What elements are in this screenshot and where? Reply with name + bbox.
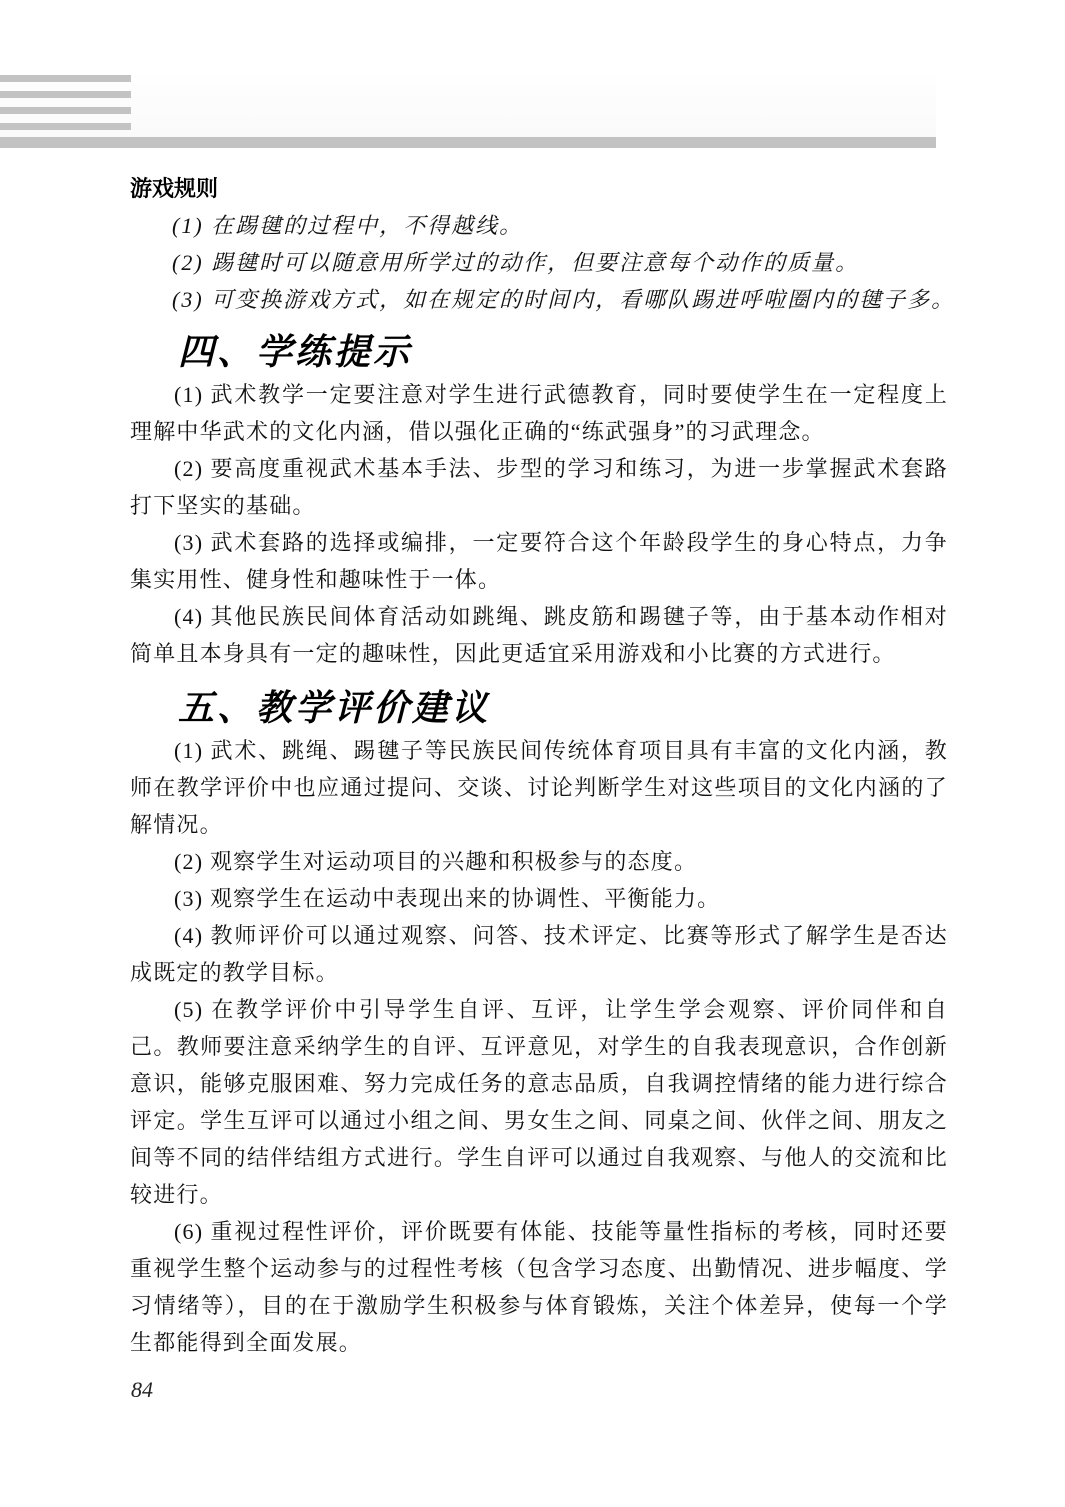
paragraph: (5) 在教学评价中引导学生自评、互评，让学生学会观察、评价同伴和自己。教师要注… [130, 991, 948, 1213]
paragraph: (3) 武术套路的选择或编排，一定要符合这个年龄段学生的身心特点，力争集实用性、… [130, 524, 948, 598]
section-body-study-practice-tips: (1) 武术教学一定要注意对学生进行武德教育，同时要使学生在一定程度上理解中华武… [130, 376, 948, 672]
rules-heading: 游戏规则 [130, 170, 948, 207]
page-number: 84 [131, 1377, 153, 1403]
section-heading-study-practice-tips: 四、学练提示 [178, 328, 948, 376]
header-stripe-3 [0, 107, 131, 114]
paragraph: (2) 要高度重视武术基本手法、步型的学习和练习，为进一步掌握武术套路打下坚实的… [130, 450, 948, 524]
rule-item-2: (2) 踢毽时可以随意用所学过的动作，但要注意每个动作的质量。 [130, 244, 948, 281]
header-stripe-2 [0, 91, 131, 98]
paragraph: (4) 其他民族民间体育活动如跳绳、跳皮筋和踢毽子等，由于基本动作相对简单且本身… [130, 598, 948, 672]
header-stripe-1 [0, 75, 131, 82]
rule-item-3: (3) 可变换游戏方式，如在规定的时间内，看哪队踢进呼啦圈内的毽子多。 [130, 281, 948, 318]
paragraph: (1) 武术、跳绳、踢毽子等民族民间传统体育项目具有丰富的文化内涵，教师在教学评… [130, 732, 948, 843]
header-light-band [0, 75, 936, 137]
paragraph: (1) 武术教学一定要注意对学生进行武德教育，同时要使学生在一定程度上理解中华武… [130, 376, 948, 450]
section-heading-teaching-evaluation-suggestions: 五、教学评价建议 [178, 684, 948, 732]
paragraph: (6) 重视过程性评价，评价既要有体能、技能等量性指标的考核，同时还要重视学生整… [130, 1213, 948, 1361]
page-content: 游戏规则 (1) 在踢毽的过程中，不得越线。 (2) 踢毽时可以随意用所学过的动… [130, 170, 948, 1361]
paragraph: (2) 观察学生对运动项目的兴趣和积极参与的态度。 [130, 843, 948, 880]
header-stripe-4 [0, 123, 131, 130]
rule-item-1: (1) 在踢毽的过程中，不得越线。 [130, 207, 948, 244]
paragraph: (3) 观察学生在运动中表现出来的协调性、平衡能力。 [130, 880, 948, 917]
paragraph: (4) 教师评价可以通过观察、问答、技术评定、比赛等形式了解学生是否达成既定的教… [130, 917, 948, 991]
header-wide-bar [0, 137, 936, 148]
section-body-teaching-evaluation-suggestions: (1) 武术、跳绳、踢毽子等民族民间传统体育项目具有丰富的文化内涵，教师在教学评… [130, 732, 948, 1361]
